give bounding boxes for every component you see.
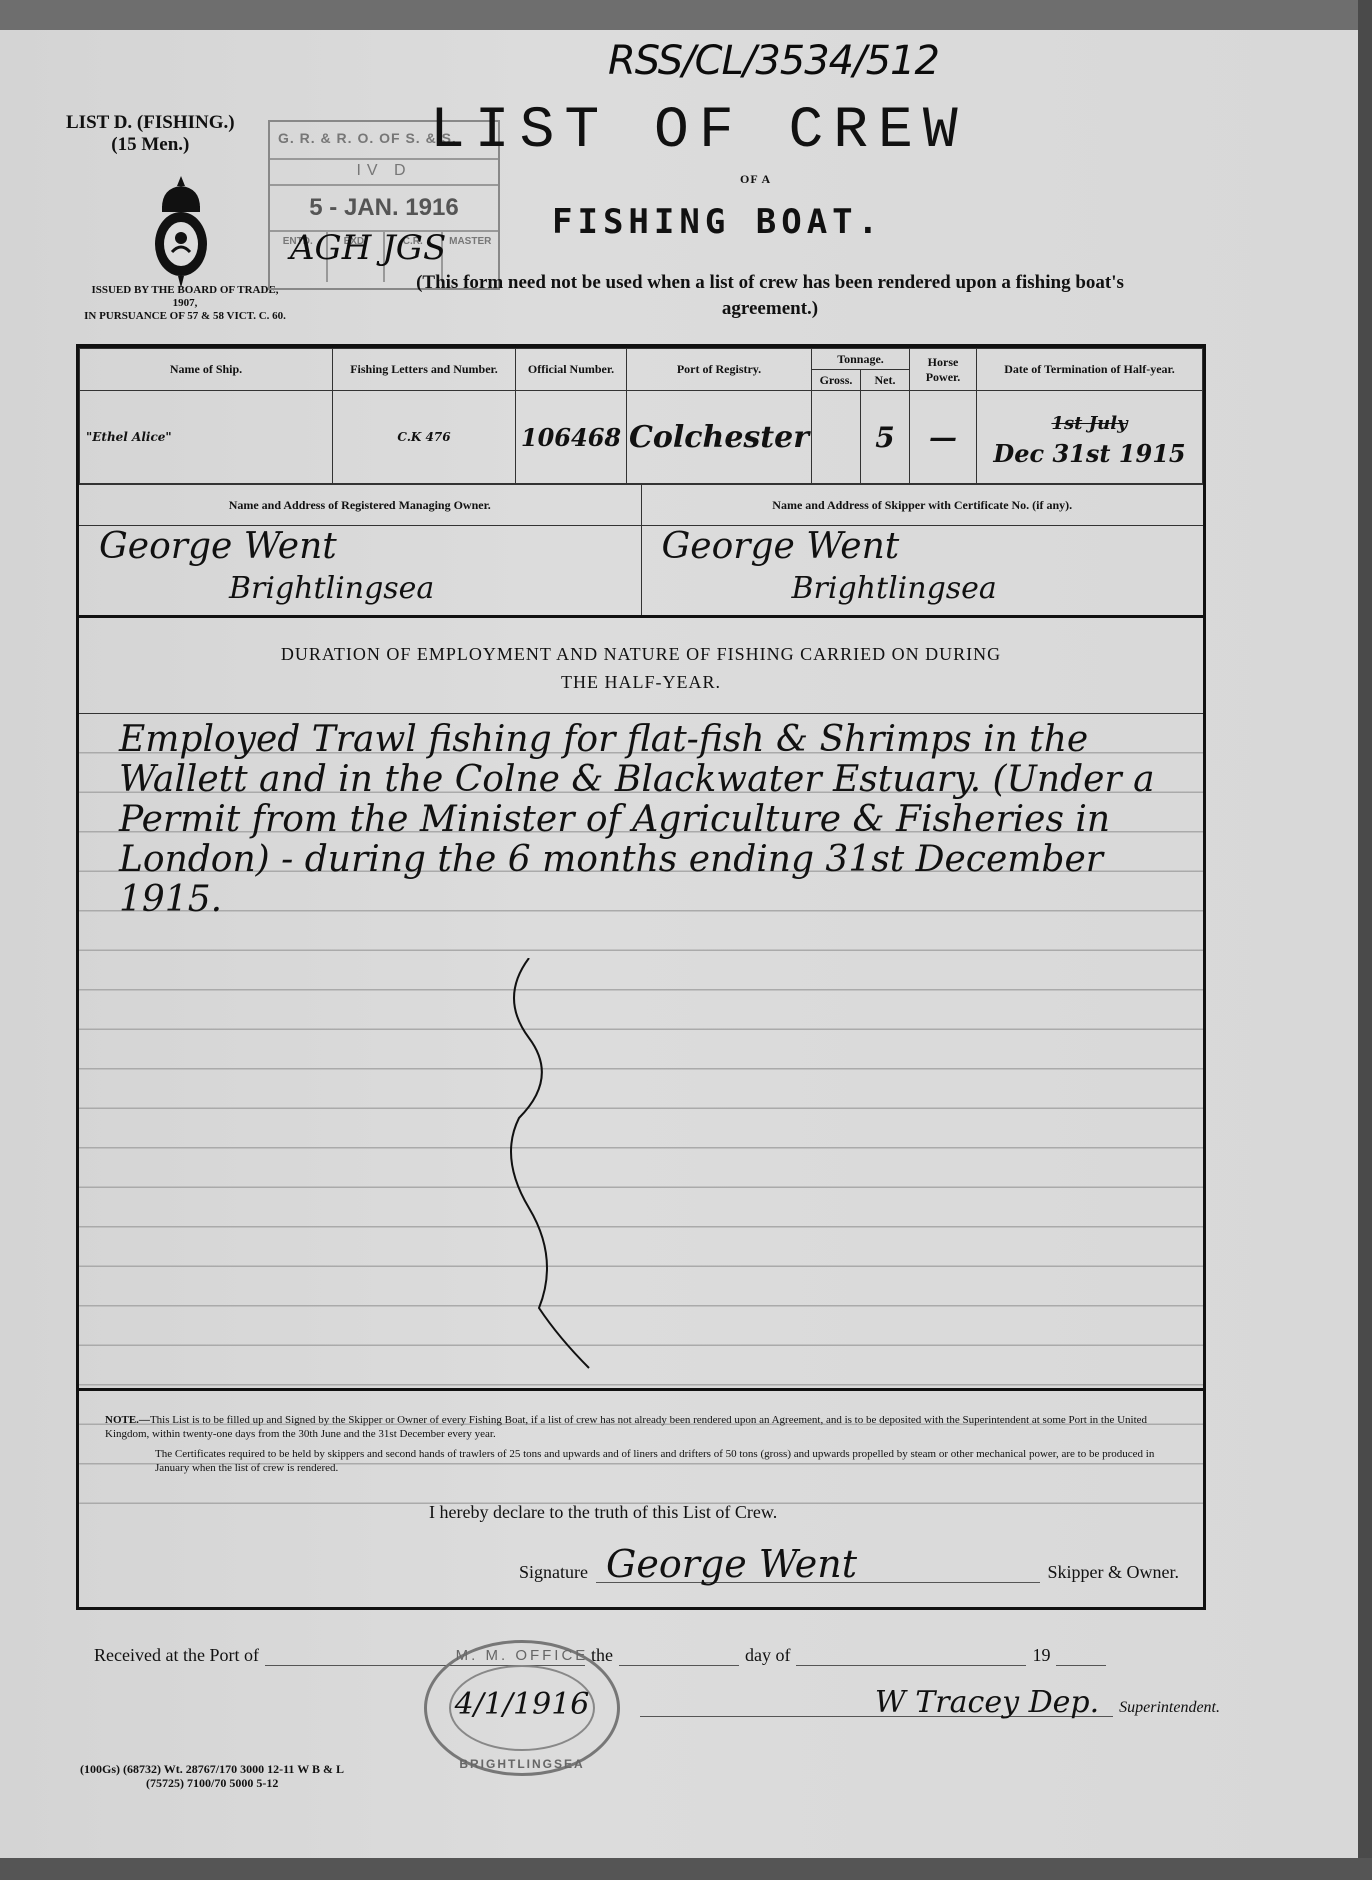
ship-name: "Ethel Alice" <box>80 391 333 484</box>
duration-heading: DURATION OF EMPLOYMENT AND NATURE OF FIS… <box>79 616 1203 714</box>
page-bottom-edge <box>0 1858 1372 1880</box>
mm-office-stamp: M. M. OFFICE 4/1/1916 BRIGHTLINGSEA <box>424 1640 620 1776</box>
received-line: Received at the Port of the day of 19 <box>94 1645 1214 1666</box>
form-id: LIST D. (FISHING.) (15 Men.) <box>66 112 235 156</box>
title-of-a: OF A <box>740 172 771 187</box>
official-number: 106468 <box>516 391 627 484</box>
printer-codes: (100Gs) (68732) Wt. 28767/170 3000 12-11… <box>80 1762 344 1790</box>
title-fishing-boat: FISHING BOAT. <box>552 202 883 242</box>
stamp-initials: AGH JGS <box>290 228 446 268</box>
superintendent-line: W Tracey Dep. Superintendent. <box>640 1680 1220 1717</box>
port-of-registry: Colchester <box>627 391 812 484</box>
archive-reference: RSS/CL/3534/512 <box>608 38 939 84</box>
ship-details-table: Name of Ship. Fishing Letters and Number… <box>79 348 1203 484</box>
skipper: Name and Address of Skipper with Certifi… <box>642 485 1204 615</box>
fishing-description: Employed Trawl fishing for flat-fish & S… <box>119 720 1179 920</box>
fishing-letters: C.K 476 <box>333 391 516 484</box>
owner-address: Brightlingsea <box>79 568 641 610</box>
stamp-date: 5 - JAN. 1916 <box>270 186 498 232</box>
usage-note: (This form need not be used when a list … <box>370 270 1170 322</box>
page-edge-shadow <box>1358 0 1372 1880</box>
title-list-of-crew: LIST OF CREW <box>430 102 968 162</box>
skipper-name: George Went <box>642 526 1204 568</box>
owner-name: George Went <box>79 526 641 568</box>
issued-by: ISSUED BY THE BOARD OF TRADE, 1907, IN P… <box>70 284 300 323</box>
handwritten-squiggle <box>499 958 619 1378</box>
royal-crest-icon <box>148 172 214 292</box>
signature-value: George Went <box>606 1542 857 1586</box>
termination-date: 1st July Dec 31st 1915 <box>977 391 1203 484</box>
superintendent-signature: W Tracey Dep. <box>875 1685 1099 1720</box>
signatory-role: Skipper & Owner. <box>1048 1562 1179 1583</box>
crew-form: Name of Ship. Fishing Letters and Number… <box>76 344 1206 1610</box>
managing-owner: Name and Address of Registered Managing … <box>79 485 642 615</box>
owner-skipper-section: Name and Address of Registered Managing … <box>79 484 1203 618</box>
skipper-address: Brightlingsea <box>642 568 1204 610</box>
declaration-text: I hereby declare to the truth of this Li… <box>429 1502 777 1523</box>
signature-line: Signature George Went Skipper & Owner. <box>519 1548 1179 1583</box>
horse-power: — <box>910 391 977 484</box>
gross-tonnage <box>812 391 861 484</box>
form-note: NOTE.—This List is to be filled up and S… <box>79 1388 1203 1481</box>
net-tonnage: 5 <box>861 391 910 484</box>
